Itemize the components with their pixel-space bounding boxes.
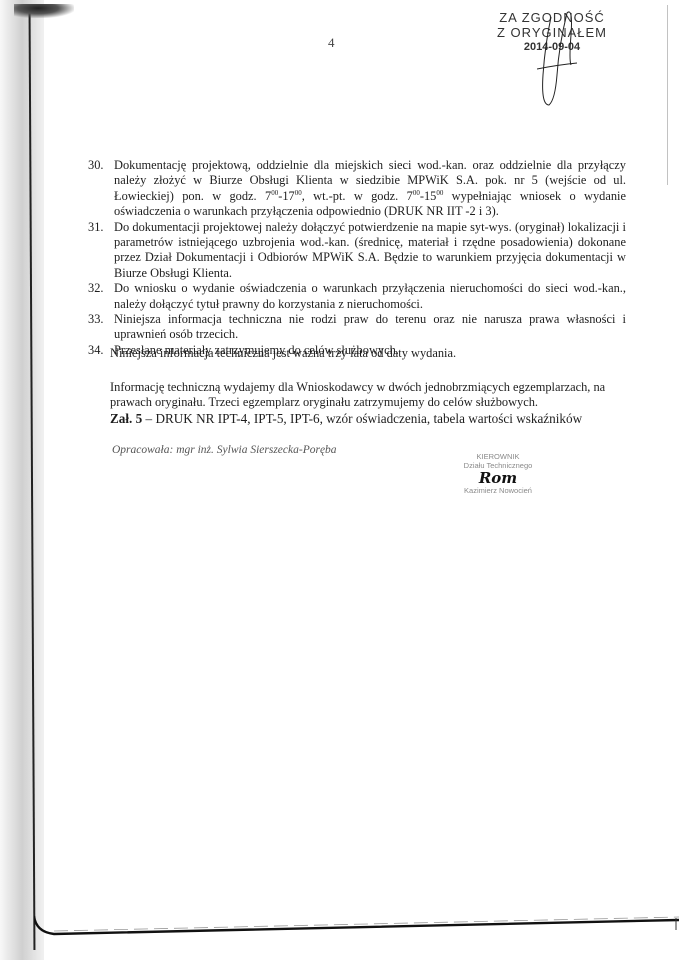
stamp-title: KIEROWNIK (428, 452, 568, 461)
annex-label: Zał. 5 (110, 411, 142, 426)
copies-note: Informację techniczną wydajemy dla Wnios… (110, 380, 630, 411)
validity-note: Niniejsza informacja techniczna jest waż… (110, 346, 630, 361)
list-item: 32. Do wniosku o wydanie oświadczenia o … (88, 281, 626, 312)
item-number: 30. (88, 158, 114, 220)
scan-right-edge (667, 5, 668, 185)
list-item: 30. Dokumentację projektową, oddzielnie … (88, 158, 626, 220)
signature: Rom (428, 470, 568, 486)
scan-corner-blot (14, 4, 74, 18)
annex-text: – DRUK NR IPT-4, IPT-5, IPT-6, wzór oświ… (142, 411, 582, 426)
item-text: Niniejsza informacja techniczna nie rodz… (114, 312, 626, 343)
page-number: 4 (328, 35, 335, 51)
signature-stamp: KIEROWNIK Działu Technicznego Rom Kazimi… (428, 452, 568, 495)
item-number: 33. (88, 312, 114, 343)
scan-edge-shadow (0, 0, 44, 960)
list-item: 33. Niniejsza informacja techniczna nie … (88, 312, 626, 343)
conditions-list: 30. Dokumentację projektową, oddzielnie … (88, 158, 626, 358)
item-number: 32. (88, 281, 114, 312)
stamp-name: Kazimierz Nowocień (428, 486, 568, 495)
item-text: Do dokumentacji projektowej należy dołąc… (114, 220, 626, 282)
prepared-by: Opracowała: mgr inż. Sylwia Sierszecka-P… (112, 444, 337, 456)
scan-bottom-edge (34, 914, 679, 942)
handwritten-signature-icon (537, 5, 597, 110)
item-text: Dokumentację projektową, oddzielnie dla … (114, 158, 626, 220)
item-number: 31. (88, 220, 114, 282)
list-item: 31. Do dokumentacji projektowej należy d… (88, 220, 626, 282)
annex-reference: Zał. 5 – DRUK NR IPT-4, IPT-5, IPT-6, wz… (110, 411, 582, 427)
item-text: Do wniosku o wydanie oświadczenia o waru… (114, 281, 626, 312)
